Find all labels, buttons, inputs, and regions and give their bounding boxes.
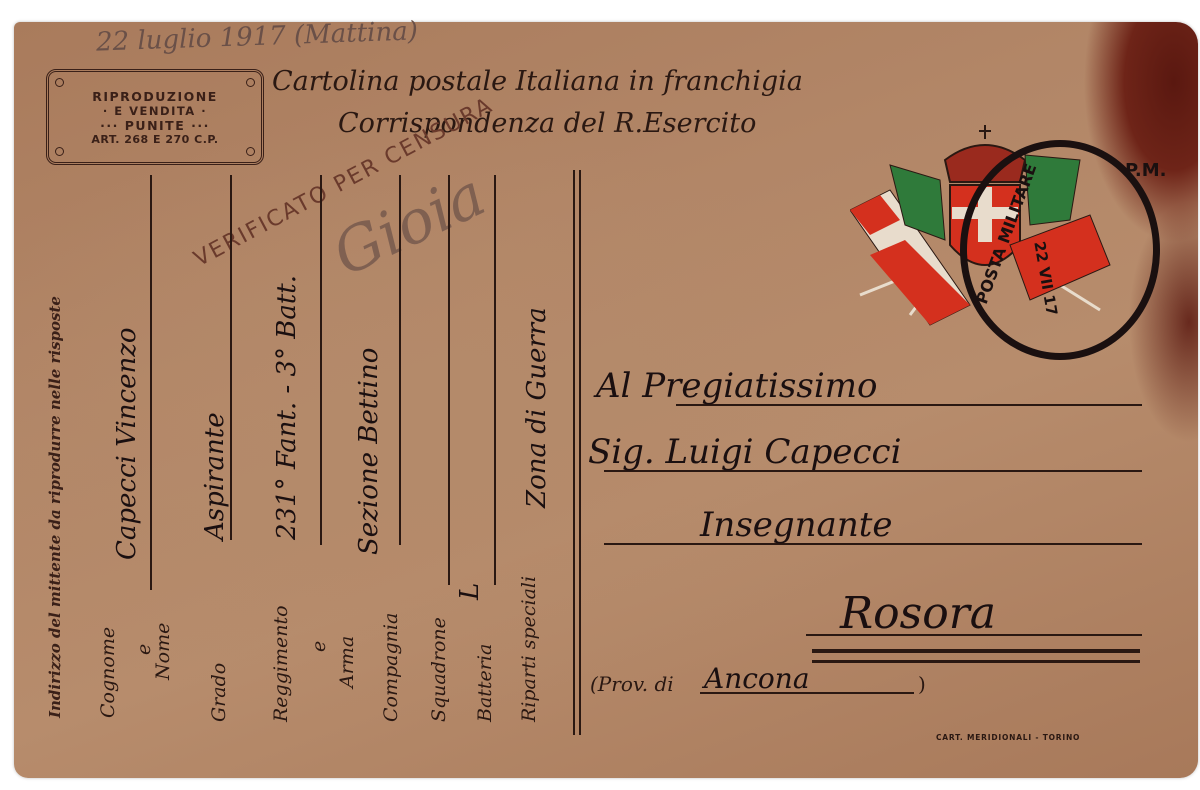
recipient-province: Ancona <box>704 662 810 695</box>
label-nome: Nome <box>152 623 174 680</box>
label-grado: Grado <box>208 663 230 722</box>
notice-line-1: RIPRODUZIONE <box>92 89 218 104</box>
field-line-name <box>150 175 152 590</box>
label-reggimento: Reggimento <box>270 605 292 722</box>
province-label: (Prov. di <box>590 672 674 696</box>
value-reggimento: 231° Fant. - 3° Batt. <box>272 275 302 540</box>
divider-line-1 <box>573 170 575 735</box>
ornament-dot-icon <box>246 147 255 156</box>
recipient-line-1: Al Pregiatissimo <box>596 366 877 406</box>
recipient-city: Rosora <box>840 588 996 639</box>
notice-line-3: ··· PUNITE ··· <box>100 118 210 133</box>
value-riparti-speciali: Zona di Guerra <box>522 307 552 508</box>
value-grado: Aspirante <box>200 412 230 540</box>
label-compagnia: Compagnia <box>380 613 402 722</box>
label-e-2: e <box>308 641 330 652</box>
postmark-text-right: P.M. <box>1125 160 1166 181</box>
field-line-batteria <box>494 175 496 585</box>
label-arma: Arma <box>336 636 358 688</box>
province-close: ) <box>918 672 926 696</box>
reproduction-notice-box: RIPRODUZIONE · E VENDITA · ··· PUNITE ··… <box>46 69 264 165</box>
recipient-line-2: Sig. Luigi Capecci <box>588 432 901 472</box>
notice-line-4: ART. 268 E 270 C.P. <box>91 133 218 146</box>
printer-imprint: CART. MERIDIONALI - TORINO <box>936 733 1080 742</box>
divider-line-2 <box>579 170 581 735</box>
postcard-subtitle: Corrispondenza del R.Esercito <box>338 108 756 139</box>
ornament-dot-icon <box>246 78 255 87</box>
recipient-line-3: Insegnante <box>700 505 893 545</box>
label-riparti-speciali: Riparti speciali <box>518 576 540 722</box>
ornament-dot-icon <box>55 78 64 87</box>
notice-line-2: · E VENDITA · <box>103 104 207 118</box>
value-batteria: L <box>455 583 485 600</box>
label-cognome: Cognome <box>97 627 119 718</box>
field-line-compagnia <box>399 175 401 545</box>
field-line-squadrone <box>448 175 450 585</box>
city-underline-1 <box>812 649 1140 653</box>
postcard-title: Cartolina postale Italiana in franchigia <box>272 66 803 97</box>
value-name: Capecci Vincenzo <box>112 327 142 560</box>
city-underline-2 <box>812 660 1140 663</box>
label-batteria: Batteria <box>474 644 496 722</box>
ornament-dot-icon <box>55 147 64 156</box>
value-compagnia: Sezione Bettino <box>354 348 384 555</box>
field-line-grado <box>230 175 232 540</box>
label-squadrone: Squadrone <box>428 617 450 722</box>
sender-instructions: Indirizzo del mittente da riprodurre nel… <box>46 296 64 718</box>
field-line-reggimento <box>320 175 322 545</box>
